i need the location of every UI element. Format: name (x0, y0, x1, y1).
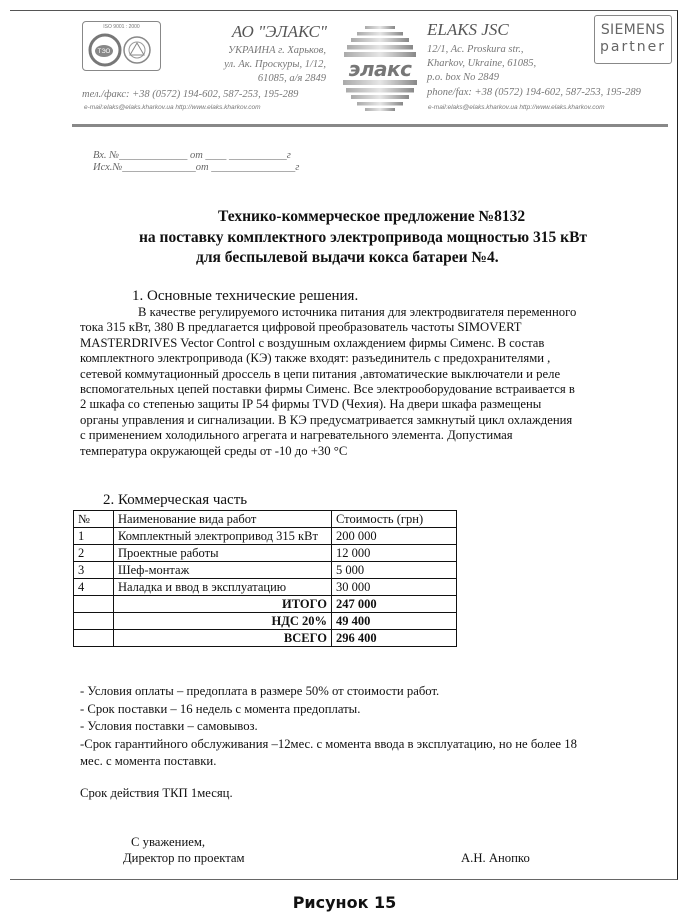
document-title-line-3: для беспылевой выдачи кокса батареи №4. (196, 249, 499, 267)
condition-item: - Условия оплаты – предоплата в размере … (80, 683, 577, 701)
address-ru-line-1: УКРАИНА г. Харьков, (170, 44, 326, 57)
condition-item: -Срок гарантийного обслуживания –12мес. … (80, 736, 577, 754)
row-name: Шеф-монтаж (114, 562, 332, 579)
row-cost: 30 000 (332, 579, 457, 596)
figure-caption: Рисунок 15 (0, 893, 689, 912)
siemens-partner-badge: SIEMENS partner (594, 15, 672, 64)
body-line: 2 шкафа со степенью защиты IP 54 фирмы T… (80, 397, 576, 412)
row-cost: 12 000 (332, 545, 457, 562)
table-row: 2 Проектные работы 12 000 (74, 545, 457, 562)
row-number: 3 (74, 562, 114, 579)
row-number: 4 (74, 579, 114, 596)
row-name: Проектные работы (114, 545, 332, 562)
company-name-ru: АО "ЭЛАКС" (228, 22, 327, 42)
total-row: ИТОГО 247 000 (74, 596, 457, 613)
phone-ru: тел./факс: +38 (0572) 194-602, 587-253, … (82, 88, 298, 101)
section-1-heading: 1. Основные технические решения. (132, 288, 358, 305)
section-1-body: В качестве регулируемого источника питан… (80, 305, 576, 459)
grand-total-label: ВСЕГО (114, 630, 332, 647)
document-title-line-1: Технико-коммерческое предложение №8132 (218, 208, 525, 226)
signature-greeting: С уважением, (131, 834, 205, 852)
vat-label: НДС 20% (114, 613, 332, 630)
siemens-label: SIEMENS (595, 22, 671, 38)
row-name: Комплектный электропривод 315 кВт (114, 528, 332, 545)
table-row: 4 Наладка и ввод в эксплуатацию 30 000 (74, 579, 457, 596)
row-cost: 200 000 (332, 528, 457, 545)
phone-en: phone/fax: +38 (0572) 194-602, 587-253, … (427, 86, 641, 99)
body-line: сетевой коммутационный дроссель в цепи п… (80, 367, 576, 382)
total-label: ИТОГО (114, 596, 332, 613)
row-number: 2 (74, 545, 114, 562)
address-en-line-1: 12/1, Ac. Proskura str., (427, 43, 524, 56)
condition-item: - Условия поставки – самовывоз. (80, 718, 577, 736)
iso-label: ISO 9001 : 2000 (83, 24, 160, 30)
empty-cell (74, 596, 114, 613)
cost-table: № Наименование вида работ Стоимость (грн… (73, 510, 457, 647)
condition-item: мес. с момента поставки. (80, 753, 577, 771)
total-value: 247 000 (332, 596, 457, 613)
conditions-list: - Условия оплаты – предоплата в размере … (80, 683, 577, 771)
address-en-line-2: Kharkov, Ukraine, 61085, (427, 57, 536, 70)
row-name: Наладка и ввод в эксплуатацию (114, 579, 332, 596)
condition-item: - Срок поставки – 16 недель с момента пр… (80, 701, 577, 719)
body-line: MASTERDRIVES Vector Control с воздушным … (80, 336, 576, 351)
empty-cell (74, 613, 114, 630)
header-cell-name: Наименование вида работ (114, 511, 332, 528)
email-web-en: e-mail:elaks@elaks.kharkov.ua http://www… (428, 104, 605, 111)
body-line: вспомогательных цепей поставки фирмы Сим… (80, 382, 576, 397)
partner-label: partner (595, 39, 671, 55)
body-line: тока 315 кВт, 380 В предлагается цифрово… (80, 320, 576, 335)
body-line: с применением холодильного агрегата и на… (80, 428, 576, 443)
header-cell-cost: Стоимость (грн) (332, 511, 457, 528)
address-ru-line-3: 61085, а/я 2849 (170, 72, 326, 85)
email-web-ru: e-mail:elaks@elaks.kharkov.ua http://www… (84, 104, 261, 111)
document-title-line-2: на поставку комплектного электропривода … (139, 229, 587, 247)
iso-certification-badge: ISO 9001 : 2000 ТЭО (82, 21, 161, 71)
table-row: 1 Комплектный электропривод 315 кВт 200 … (74, 528, 457, 545)
elaks-logo: элакс (338, 22, 422, 114)
incoming-reference: Вх. №_____________ от ____ ___________г (93, 150, 291, 161)
empty-cell (74, 630, 114, 647)
certification-seal-icon: ТЭО (87, 32, 157, 68)
grand-total-value: 296 400 (332, 630, 457, 647)
address-en-line-3: p.o. box No 2849 (427, 71, 499, 84)
svg-text:ТЭО: ТЭО (98, 49, 111, 55)
header-cell-number: № (74, 511, 114, 528)
row-cost: 5 000 (332, 562, 457, 579)
body-line: В качестве регулируемого источника питан… (80, 305, 576, 320)
elaks-logo-text: элакс (338, 57, 422, 81)
row-number: 1 (74, 528, 114, 545)
section-2-heading: 2. Коммерческая часть (103, 492, 247, 509)
signature-position: Директор по проектам (123, 850, 245, 868)
table-header-row: № Наименование вида работ Стоимость (грн… (74, 511, 457, 528)
signature-name: А.Н. Анопко (461, 850, 530, 868)
address-ru-line-2: ул. Ак. Проскуры, 1/12, (170, 58, 326, 71)
header-divider (72, 124, 668, 127)
validity-period: Срок действия ТКП 1месяц. (80, 785, 233, 803)
table-row: 3 Шеф-монтаж 5 000 (74, 562, 457, 579)
body-line: органы управления и сигнализации. В КЭ п… (80, 413, 576, 428)
vat-row: НДС 20% 49 400 (74, 613, 457, 630)
body-line: температура окружающей среды от -10 до +… (80, 444, 576, 459)
company-name-en: ELAKS JSC (427, 20, 509, 40)
outgoing-reference: Исх.№______________от ________________г (93, 162, 299, 173)
grand-total-row: ВСЕГО 296 400 (74, 630, 457, 647)
body-line: комплектного электропривода (КЭ) также в… (80, 351, 576, 366)
vat-value: 49 400 (332, 613, 457, 630)
